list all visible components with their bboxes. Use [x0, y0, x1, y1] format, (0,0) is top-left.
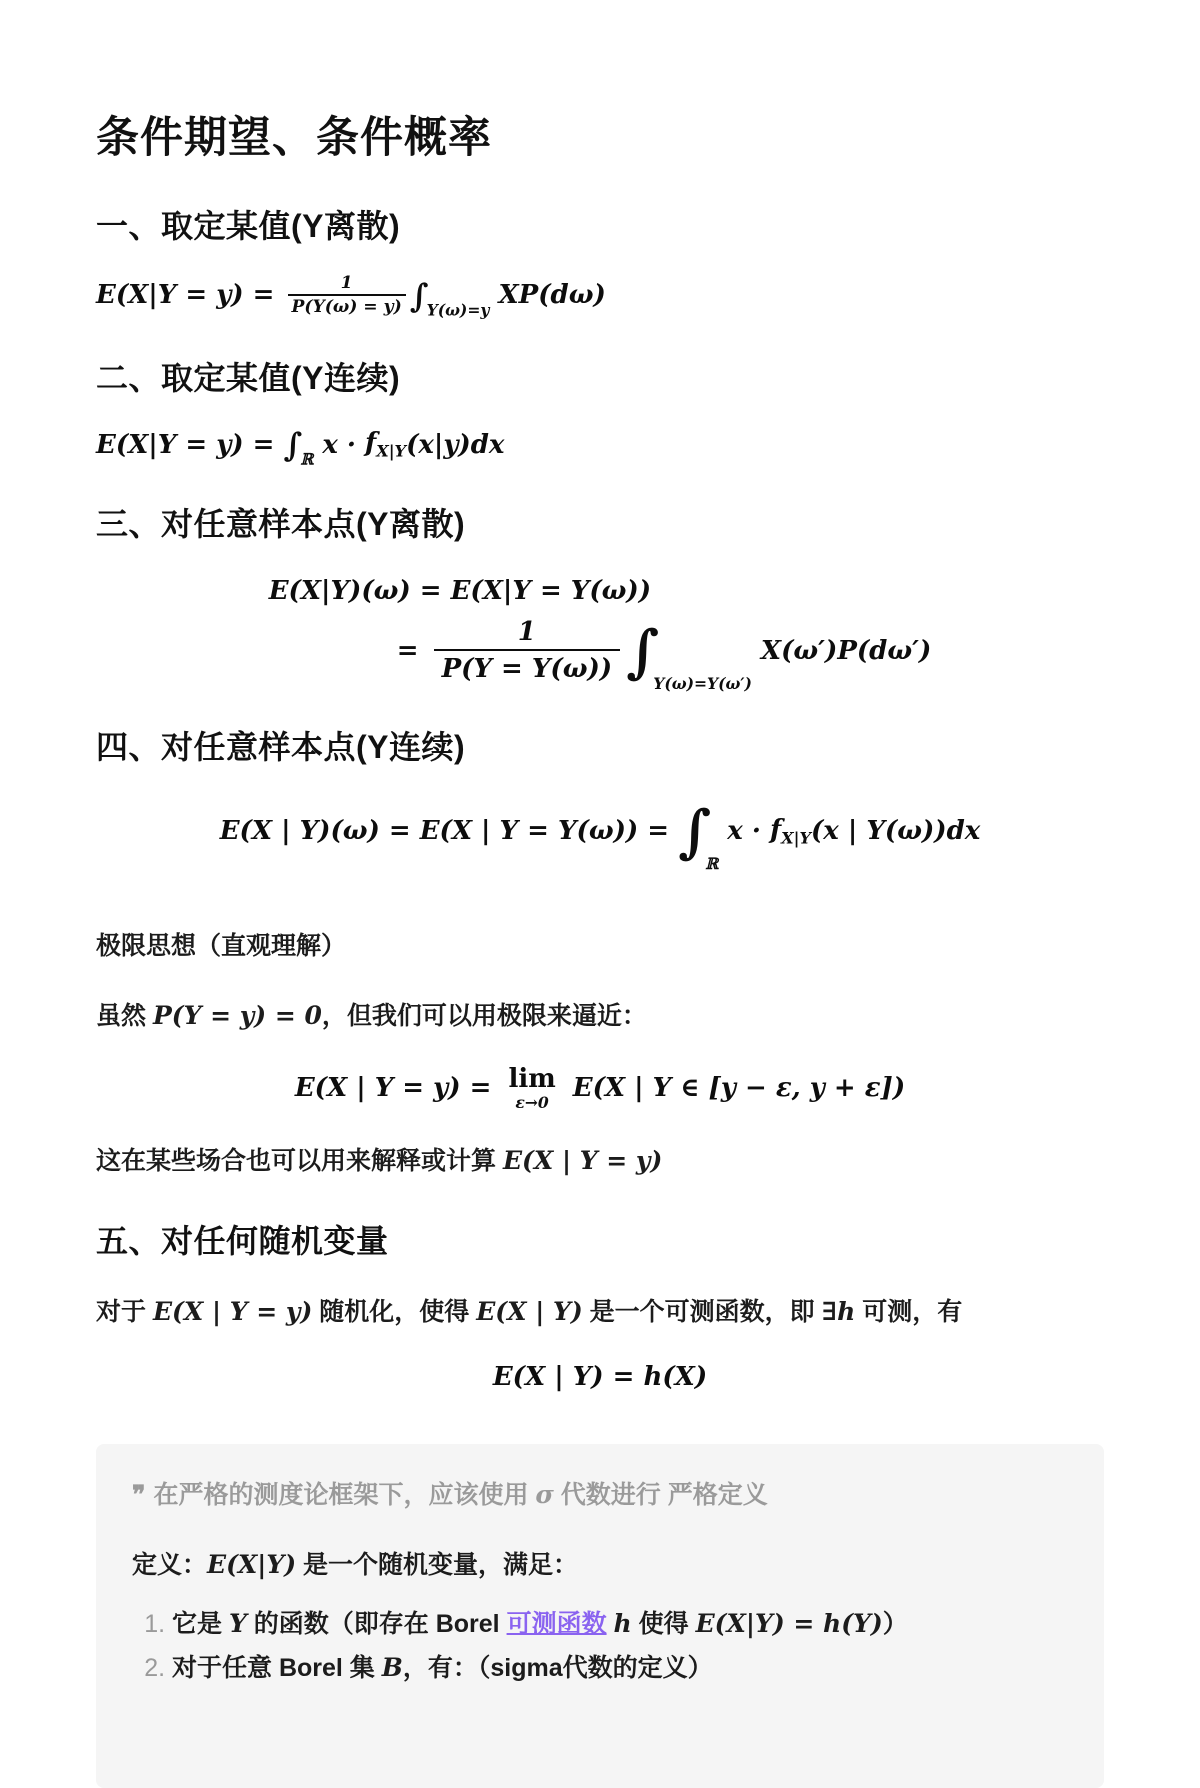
formula-discrete-sample-point: E(X|Y)(ω) = E(X|Y = Y(ω)) = 1P(Y = Y(ω))…: [96, 576, 1104, 688]
heading-section-3: 三、对任意样本点(Y离散): [96, 504, 1104, 546]
definition-list: 它是 Y 的函数（即存在 Borel 可测函数 h 使得 E(X|Y) = h(…: [132, 1603, 1068, 1690]
random-variable-paragraph: 对于 E(X | Y = y) 随机化，使得 E(X | Y) 是一个可测函数，…: [96, 1292, 1104, 1332]
formula-line-2: = 1P(Y = Y(ω))∫Y(ω)=Y(ω′) X(ω′)P(dω′): [397, 616, 932, 688]
list-item-borel-set: 对于任意 Borel 集 B，有：（sigma代数的定义）: [172, 1647, 1068, 1690]
formula-discrete-fixed-value: E(X|Y = y) = 1P(Y(ω) = y)∫Y(ω)=y XP(dω): [96, 273, 1104, 317]
limit-outro-paragraph: 这在某些场合也可以用来解释或计算 E(X | Y = y): [96, 1141, 1104, 1181]
formula-line-1: E(X|Y)(ω) = E(X|Y = Y(ω)): [269, 576, 932, 606]
formula-h-of-x: E(X | Y) = h(X): [96, 1362, 1104, 1392]
heading-section-4: 四、对任意样本点(Y连续): [96, 727, 1104, 769]
callout-quote-line: ❞在严格的测度论框架下，应该使用 σ 代数进行 严格定义: [132, 1476, 1068, 1515]
measurable-function-link[interactable]: 可测函数: [507, 1610, 607, 1638]
formula-continuous-sample-point: E(X | Y)(ω) = E(X | Y = Y(ω)) = ∫ℝ x · f…: [96, 803, 1104, 860]
limit-intro-paragraph: 虽然 P(Y = y) = 0，但我们可以用极限来逼近：: [96, 996, 1104, 1036]
heading-section-2: 二、取定某值(Y连续): [96, 358, 1104, 400]
integral-symbol: ∫ℝ: [284, 425, 314, 464]
list-item-function-of-y: 它是 Y 的函数（即存在 Borel 可测函数 h 使得 E(X|Y) = h(…: [172, 1603, 1068, 1646]
definition-line: 定义：E(X|Y) 是一个随机变量，满足：: [132, 1545, 1068, 1581]
definition-callout: ❞在严格的测度论框架下，应该使用 σ 代数进行 严格定义 定义：E(X|Y) 是…: [96, 1444, 1104, 1788]
integral-symbol: ∫ℝ: [678, 803, 718, 860]
integral-symbol: ∫Y(ω)=Y(ω′): [626, 623, 752, 680]
heading-section-1: 一、取定某值(Y离散): [96, 206, 1104, 248]
formula-limit-approximation: E(X | Y = y) = limε→0 E(X | Y ∈ [y − ε, …: [96, 1066, 1104, 1111]
fraction: 1P(Y = Y(ω)): [434, 616, 621, 688]
formula-continuous-fixed-value: E(X|Y = y) = ∫ℝ x · fX|Y(x|y)dx: [96, 425, 1104, 464]
quote-text: 在严格的测度论框架下，应该使用 σ 代数进行 严格定义: [153, 1481, 767, 1509]
fraction: 1P(Y(ω) = y): [288, 273, 406, 317]
quote-icon: ❞: [132, 1481, 143, 1509]
integral-symbol: ∫Y(ω)=y: [410, 276, 490, 315]
document-page: 条件期望、条件概率 一、取定某值(Y离散) E(X|Y = y) = 1P(Y(…: [0, 0, 1200, 1788]
page-title: 条件期望、条件概率: [96, 0, 1104, 166]
limit-operator: limε→0: [508, 1066, 555, 1111]
limit-idea-subtitle: 极限思想（直观理解）: [96, 926, 1104, 966]
heading-section-5: 五、对任何随机变量: [96, 1221, 1104, 1263]
